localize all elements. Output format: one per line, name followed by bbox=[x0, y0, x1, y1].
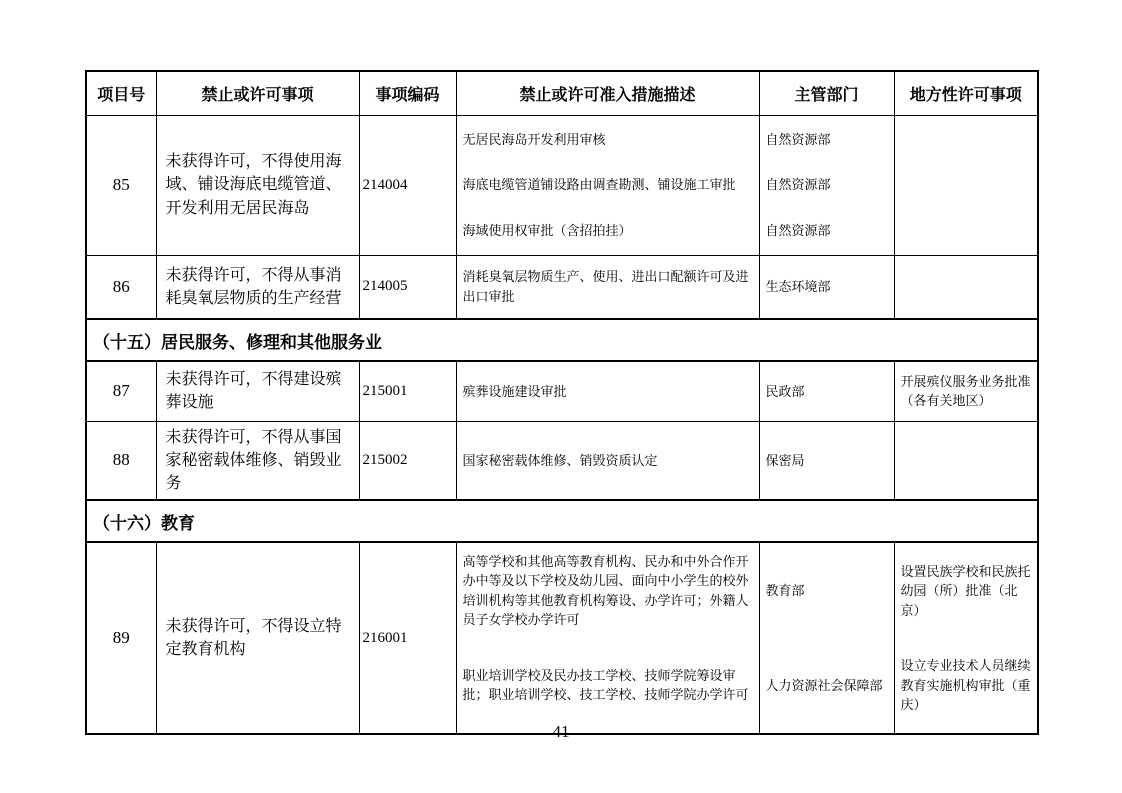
page-number: 41 bbox=[0, 722, 1122, 742]
project-no-cell: 85 bbox=[86, 115, 156, 255]
measure-text: 无居民海岛开发利用审核 bbox=[457, 117, 759, 163]
table-row-87: 87 未获得许可，不得建设殡葬设施 215001 殡葬设施建设审批 民政部 开展… bbox=[86, 361, 1038, 421]
project-no-cell: 89 bbox=[86, 542, 156, 734]
code-cell: 215002 bbox=[359, 421, 456, 500]
department-text: 自然资源部 bbox=[760, 162, 894, 208]
code-cell: 216001 bbox=[359, 542, 456, 734]
permit-list-table: 项目号 禁止或许可事项 事项编码 禁止或许可准入措施描述 主管部门 地方性许可事… bbox=[85, 70, 1039, 735]
header-cell-code: 事项编码 bbox=[359, 71, 456, 115]
header-cell-department: 主管部门 bbox=[759, 71, 894, 115]
measure-cell: 国家秘密载体维修、销毁资质认定 bbox=[456, 421, 759, 500]
section-row-16: （十六）教育 bbox=[86, 500, 1038, 542]
item-cell: 未获得许可，不得使用海域、铺设海底电缆管道、开发利用无居民海岛 bbox=[156, 115, 359, 255]
section-title: （十五）居民服务、修理和其他服务业 bbox=[86, 319, 1038, 361]
measure-cell: 无居民海岛开发利用审核 海底电缆管道铺设路由调查勘测、铺设施工审批 海域使用权审… bbox=[456, 115, 759, 255]
code-cell: 215001 bbox=[359, 361, 456, 421]
table-header-row: 项目号 禁止或许可事项 事项编码 禁止或许可准入措施描述 主管部门 地方性许可事… bbox=[86, 71, 1038, 115]
item-cell: 未获得许可，不得建设殡葬设施 bbox=[156, 361, 359, 421]
measure-text: 海域使用权审批（含招拍挂） bbox=[457, 208, 759, 254]
section-title: （十六）教育 bbox=[86, 500, 1038, 542]
department-cell: 教育部 人力资源社会保障部 bbox=[759, 542, 894, 734]
table-row-86: 86 未获得许可，不得从事消耗臭氧层物质的生产经营 214005 消耗臭氧层物质… bbox=[86, 255, 1038, 319]
local-permit-cell bbox=[894, 115, 1038, 255]
header-cell-measure-desc: 禁止或许可准入措施描述 bbox=[456, 71, 759, 115]
project-no-cell: 86 bbox=[86, 255, 156, 319]
department-cell: 民政部 bbox=[759, 361, 894, 421]
department-cell: 自然资源部 自然资源部 自然资源部 bbox=[759, 115, 894, 255]
header-cell-project-no: 项目号 bbox=[86, 71, 156, 115]
table-row-88: 88 未获得许可，不得从事国家秘密载体维修、销毁业务 215002 国家秘密载体… bbox=[86, 421, 1038, 500]
project-no-cell: 88 bbox=[86, 421, 156, 500]
measure-cell: 高等学校和其他高等教育机构、民办和中外合作开办中等及以下学校及幼儿园、面向中小学… bbox=[456, 542, 759, 734]
local-permit-cell: 设置民族学校和民族托幼园（所）批准（北京） 设立专业技术人员继续教育实施机构审批… bbox=[894, 542, 1038, 734]
local-permit-cell bbox=[894, 421, 1038, 500]
item-cell: 未获得许可，不得从事消耗臭氧层物质的生产经营 bbox=[156, 255, 359, 319]
department-text: 自然资源部 bbox=[760, 117, 894, 163]
local-permit-cell: 开展殡仪服务业务批准（各有关地区） bbox=[894, 361, 1038, 421]
measure-cell: 消耗臭氧层物质生产、使用、进出口配额许可及进出口审批 bbox=[456, 255, 759, 319]
department-text: 人力资源社会保障部 bbox=[760, 638, 894, 733]
item-cell: 未获得许可，不得从事国家秘密载体维修、销毁业务 bbox=[156, 421, 359, 500]
measure-text: 海底电缆管道铺设路由调查勘测、铺设施工审批 bbox=[457, 162, 759, 208]
measure-cell: 殡葬设施建设审批 bbox=[456, 361, 759, 421]
header-cell-item: 禁止或许可事项 bbox=[156, 71, 359, 115]
measure-text: 高等学校和其他高等教育机构、民办和中外合作开办中等及以下学校及幼儿园、面向中小学… bbox=[457, 544, 759, 639]
measure-text: 职业培训学校及民办技工学校、技师学院筹设审批；职业培训学校、技工学校、技师学院办… bbox=[457, 638, 759, 733]
project-no-cell: 87 bbox=[86, 361, 156, 421]
code-cell: 214004 bbox=[359, 115, 456, 255]
department-cell: 生态环境部 bbox=[759, 255, 894, 319]
department-cell: 保密局 bbox=[759, 421, 894, 500]
local-permit-text: 设置民族学校和民族托幼园（所）批准（北京） bbox=[895, 544, 1038, 639]
local-permit-text: 设立专业技术人员继续教育实施机构审批（重庆） bbox=[895, 638, 1038, 733]
department-text: 教育部 bbox=[760, 544, 894, 639]
table-row-89: 89 未获得许可，不得设立特定教育机构 216001 高等学校和其他高等教育机构… bbox=[86, 542, 1038, 734]
local-permit-cell bbox=[894, 255, 1038, 319]
header-cell-local-permit: 地方性许可事项 bbox=[894, 71, 1038, 115]
table-row-85: 85 未获得许可，不得使用海域、铺设海底电缆管道、开发利用无居民海岛 21400… bbox=[86, 115, 1038, 255]
section-row-15: （十五）居民服务、修理和其他服务业 bbox=[86, 319, 1038, 361]
document-page: 项目号 禁止或许可事项 事项编码 禁止或许可准入措施描述 主管部门 地方性许可事… bbox=[0, 0, 1122, 793]
code-cell: 214005 bbox=[359, 255, 456, 319]
item-cell: 未获得许可，不得设立特定教育机构 bbox=[156, 542, 359, 734]
department-text: 自然资源部 bbox=[760, 208, 894, 254]
